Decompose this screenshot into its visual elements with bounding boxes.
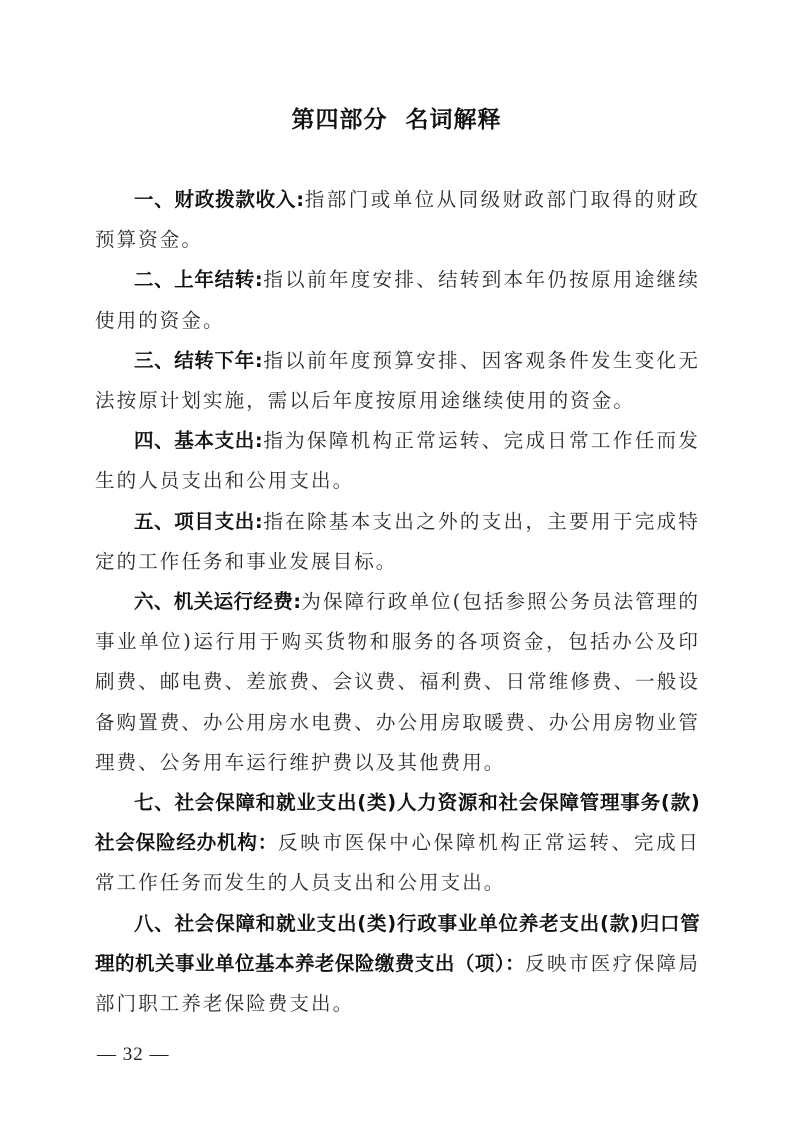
glossary-entry-prior-year-carryover: 二、上年结转:指以前年度安排、结转到本年仍按原用途继续使用的资金。	[95, 260, 700, 340]
page-title: 第四部分 名词解释	[0, 101, 793, 134]
glossary-entry-agency-operating-expenses: 六、机关运行经费:为保障行政单位(包括参照公务员法管理的事业单位)运行用于购买货…	[95, 582, 700, 783]
glossary-entry-carryover-to-next-year: 三、结转下年:指以前年度预算安排、因客观条件发生变化无法按原计划实施，需以后年度…	[95, 341, 700, 421]
page-number: — 32 —	[97, 1044, 170, 1066]
glossary-list: 一、财政拨款收入:指部门或单位从同级财政部门取得的财政预算资金。 二、上年结转:…	[95, 180, 700, 1024]
glossary-term: 四、基本支出:	[134, 429, 263, 452]
glossary-term: 六、机关运行经费:	[134, 590, 301, 613]
glossary-entry-pension-insurance-payment: 八、社会保障和就业支出(类)行政事业单位养老支出(款)归口管理的机关事业单位基本…	[95, 904, 700, 1025]
glossary-entry-project-expenditure: 五、项目支出:指在除基本支出之外的支出，主要用于完成特定的工作任务和事业发展目标…	[95, 502, 700, 582]
glossary-term: 一、财政拨款收入:	[134, 188, 304, 211]
glossary-entry-social-insurance-agency: 七、社会保障和就业支出(类)人力资源和社会保障管理事务(款)社会保险经办机构：反…	[95, 783, 700, 904]
glossary-entry-basic-expenditure: 四、基本支出:指为保障机构正常运转、完成日常工作任而发生的人员支出和公用支出。	[95, 421, 700, 501]
glossary-entry-fiscal-appropriation-income: 一、财政拨款收入:指部门或单位从同级财政部门取得的财政预算资金。	[95, 180, 700, 260]
glossary-term: 二、上年结转:	[134, 268, 263, 291]
glossary-definition: 为保障行政单位(包括参照公务员法管理的事业单位)运行用于购买货物和服务的各项资金…	[95, 590, 700, 774]
glossary-term: 五、项目支出:	[134, 510, 263, 533]
glossary-term: 三、结转下年:	[134, 349, 263, 372]
